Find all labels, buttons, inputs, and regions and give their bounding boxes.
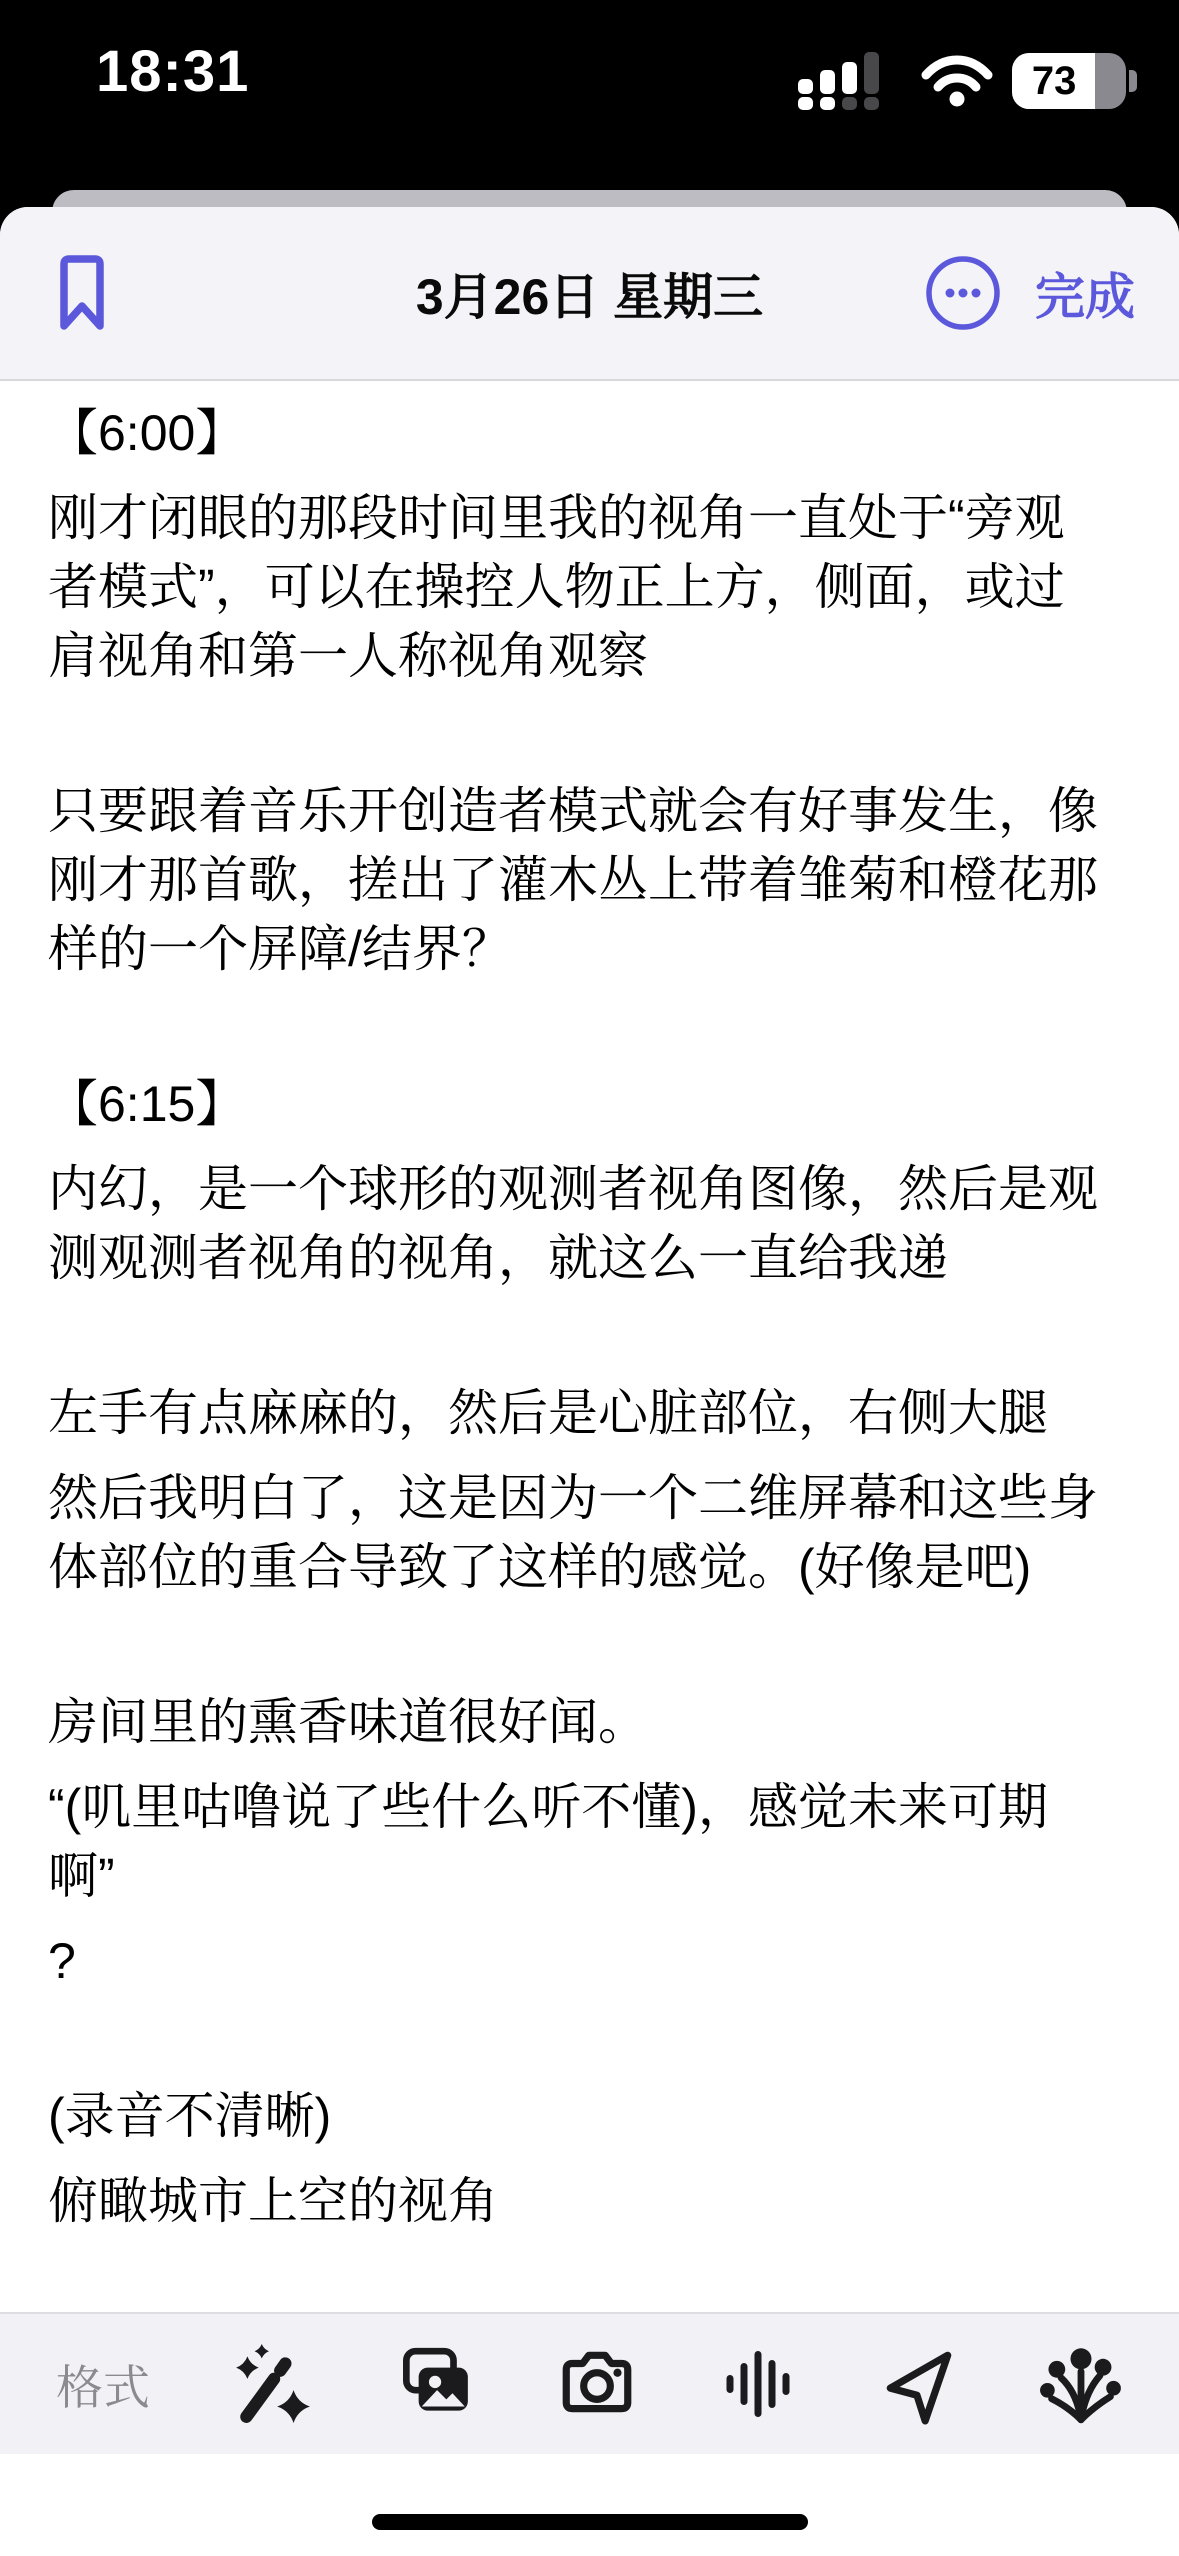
note-paragraph: 刚才闭眼的那段时间里我的视角一直处于“旁观者模式”，可以在操控人物正上方，侧面，…: [48, 484, 1111, 691]
note-paragraph: (录音不清晰): [48, 2082, 1111, 2151]
photos-button[interactable]: [391, 2343, 475, 2425]
bookmark-icon: [60, 255, 104, 333]
note-paragraph: 【6:00】: [48, 399, 1111, 468]
battery-icon: 73: [1012, 53, 1137, 109]
note-paragraph: ?: [48, 1927, 1111, 1996]
magic-wand-icon: [230, 2343, 312, 2425]
entry-header: 3月26日 星期三 完成: [0, 207, 1179, 381]
cellular-signal-icon: [798, 52, 902, 110]
camera-icon: [555, 2343, 639, 2425]
note-paragraph: 内幻，是一个球形的观测者视角图像，然后是观测观测者视角的视角，就这么一直给我递: [48, 1155, 1111, 1293]
status-icons: 73: [798, 52, 1137, 110]
ellipsis-circle-icon: [925, 255, 1001, 331]
journal-entry-screen: 18:31 7: [0, 0, 1179, 2556]
photos-icon: [391, 2343, 475, 2425]
prompts-button[interactable]: [1039, 2342, 1123, 2426]
note-paragraph: “(叽里咕噜说了些什么听不懂)，感觉未来可期啊”: [48, 1773, 1111, 1911]
note-paragraph: 只要跟着音乐开创造者模式就会有好事发生，像刚才那首歌，搓出了灌木丛上带着雏菊和橙…: [48, 777, 1111, 984]
entry-card: 3月26日 星期三 完成 【6:00】刚才闭眼的那段时间里我的视角一直处于“旁观…: [0, 207, 1179, 2556]
done-button[interactable]: 完成: [1035, 257, 1135, 329]
bookmark-button[interactable]: [60, 255, 104, 333]
status-time: 18:31: [96, 38, 249, 105]
prompts-spray-icon: [1039, 2342, 1123, 2426]
home-indicator[interactable]: [372, 2514, 808, 2530]
location-arrow-icon: [878, 2343, 960, 2425]
status-bar: 18:31 7: [0, 0, 1179, 190]
audio-record-button[interactable]: [718, 2343, 798, 2425]
audio-waveform-icon: [718, 2343, 798, 2425]
note-paragraph: 俯瞰城市上空的视角: [48, 2167, 1111, 2236]
location-button[interactable]: [878, 2343, 960, 2425]
note-paragraph: 左手有点麻麻的，然后是心脏部位，右侧大腿: [48, 1379, 1111, 1448]
wifi-icon: [920, 54, 994, 108]
note-paragraph: 【6:15】: [48, 1070, 1111, 1139]
note-paragraph: 然后我明白了，这是因为一个二维屏幕和这些身体部位的重合导致了这样的感觉。(好像是…: [48, 1464, 1111, 1602]
format-button[interactable]: 格式: [56, 2351, 150, 2418]
note-body[interactable]: 【6:00】刚才闭眼的那段时间里我的视角一直处于“旁观者模式”，可以在操控人物正…: [0, 381, 1179, 2236]
battery-percent: 73: [1012, 53, 1096, 109]
writing-tools-button[interactable]: [230, 2343, 312, 2425]
camera-button[interactable]: [555, 2343, 639, 2425]
format-label: 格式: [56, 2351, 150, 2418]
entry-toolbar: 格式: [0, 2312, 1179, 2454]
note-paragraph: 房间里的熏香味道很好闻。: [48, 1688, 1111, 1757]
more-options-button[interactable]: [925, 255, 1001, 331]
